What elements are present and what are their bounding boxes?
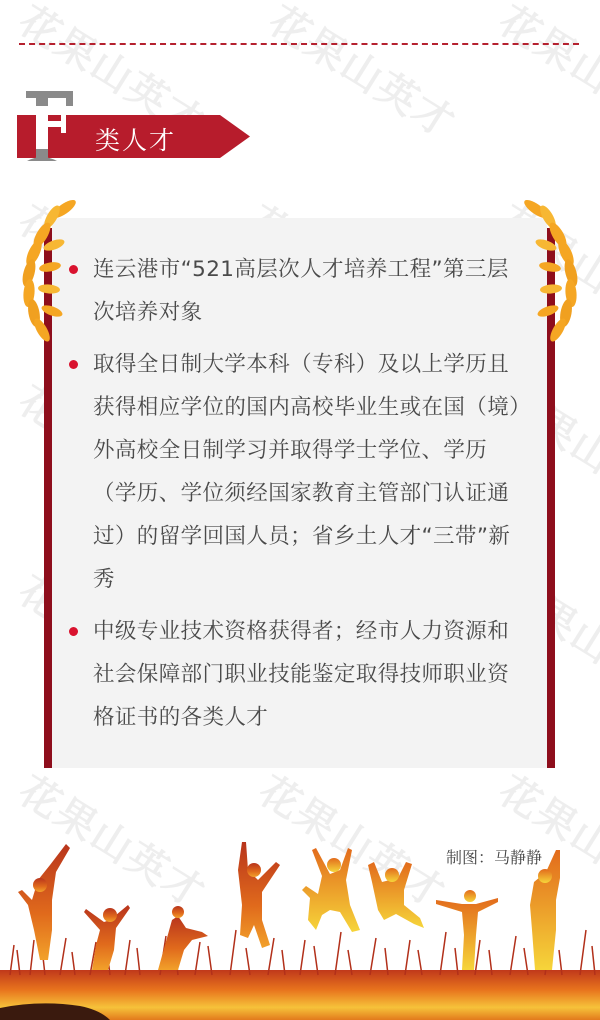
criteria-list: 连云港市“521高层次人才培养工程”第三层次培养对象 取得全日制大学本科（专科）… [68, 248, 530, 748]
credit-text: 制图：马静静 [446, 845, 542, 868]
bullet-dot-icon [69, 627, 78, 636]
watermark: 花果山英才 [260, 0, 468, 150]
criteria-text: 中级专业技术资格获得者；经市人力资源和社会保障部门职业技能鉴定取得技师职业资格证… [93, 610, 530, 739]
bullet-dot-icon [69, 265, 78, 274]
letter-f-glyph [23, 81, 75, 161]
list-item: 取得全日制大学本科（专科）及以上学历且获得相应学位的国内高校毕业生或在国（境）外… [68, 343, 530, 601]
section-title: 类人才 [95, 121, 176, 157]
section-letter [23, 80, 75, 176]
criteria-text: 连云港市“521高层次人才培养工程”第三层次培养对象 [93, 248, 530, 334]
list-item: 中级专业技术资格获得者；经市人力资源和社会保障部门职业技能鉴定取得技师职业资格证… [68, 610, 530, 739]
watermark: 花果山英才 [490, 0, 600, 150]
list-item: 连云港市“521高层次人才培养工程”第三层次培养对象 [68, 248, 530, 334]
bullet-dot-icon [69, 360, 78, 369]
dashed-divider [19, 43, 579, 45]
criteria-text: 取得全日制大学本科（专科）及以上学历且获得相应学位的国内高校毕业生或在国（境）外… [93, 343, 530, 601]
